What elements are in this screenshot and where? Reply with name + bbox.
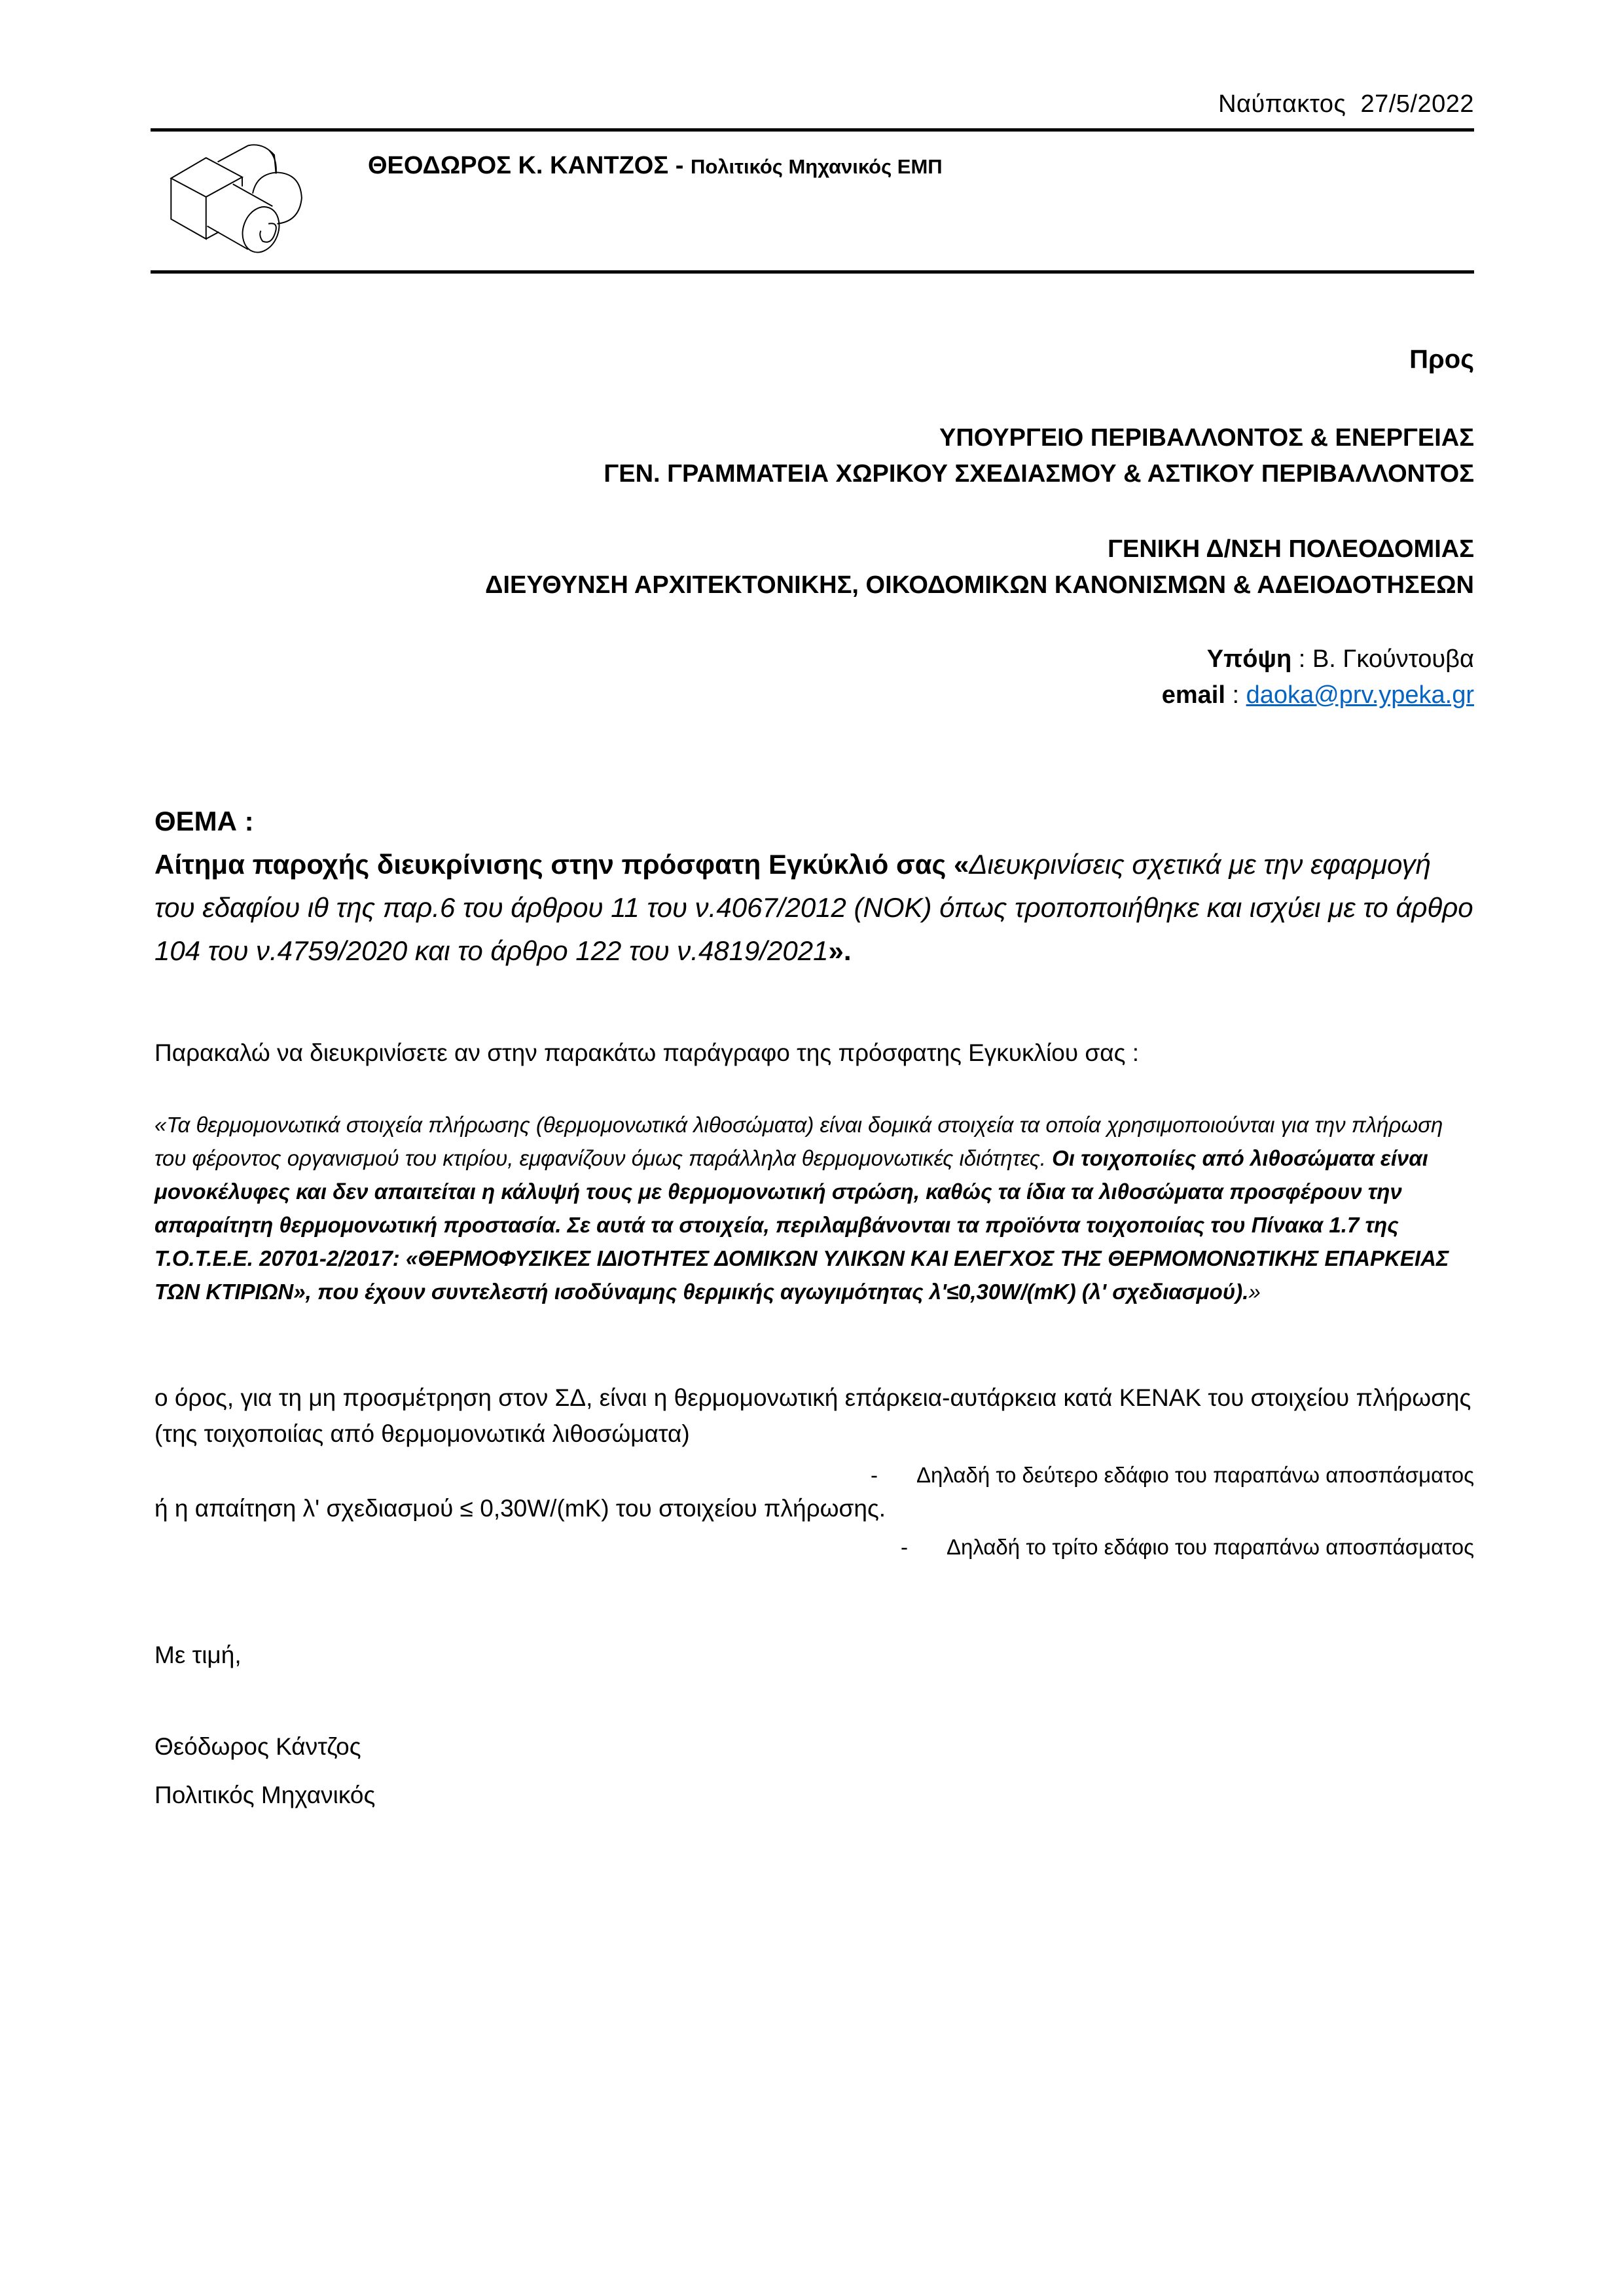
condition-paragraph-2: ή η απαίτηση λ' σχεδιασμού ≤ 0,30W/(mK) … <box>154 1495 886 1522</box>
subject-text: Αίτημα παροχής διευκρίνισης στην πρόσφατ… <box>154 843 1474 973</box>
header-rule-bottom <box>151 270 1474 274</box>
subject-label: ΘΕΜΑ : <box>154 800 1474 843</box>
attention-block: Υπόψη : Β. Γκούντουβα email : daoka@prv.… <box>1162 641 1474 713</box>
attention-label: Υπόψη <box>1207 645 1292 673</box>
salutation: Με τιμή, <box>154 1641 242 1669</box>
directorate-line: ΓΕΝΙΚΗ Δ/ΝΣΗ ΠΟΛΕΟΔΟΜΙΑΣ <box>485 531 1474 567</box>
letterhead: ΘΕΟΔΩΡΟΣ Κ. ΚΑΝΤΖΟΣ - Πολιτικός Μηχανικό… <box>368 152 943 180</box>
directorate-line: ΔΙΕΥΘΥΝΣΗ ΑΡΧΙΤΕΚΤΟΝΙΚΗΣ, ΟΙΚΟΔΟΜΙΚΩΝ ΚΑ… <box>485 567 1474 603</box>
note-2-text: Δηλαδή το τρίτο εδάφιο του παραπάνω αποσ… <box>947 1535 1474 1559</box>
attention-name: Β. Γκούντουβα <box>1312 645 1474 673</box>
dash-bullet: - <box>901 1535 947 1560</box>
condition-paragraph-1: ο όρος, για τη μη προσμέτρηση στον ΣΔ, ε… <box>154 1380 1474 1452</box>
ministry-line: ΥΠΟΥΡΓΕΙΟ ΠΕΡΙΒΑΛΛΟΝΤΟΣ & ΕΝΕΡΓΕΙΑΣ <box>604 420 1474 456</box>
recipient-directorate: ΓΕΝΙΚΗ Δ/ΝΣΗ ΠΟΛΕΟΔΟΜΙΑΣ ΔΙΕΥΘΥΝΣΗ ΑΡΧΙΤ… <box>485 531 1474 603</box>
to-label: Προς <box>1409 342 1474 378</box>
subject-end: ». <box>829 935 852 966</box>
email-link[interactable]: daoka@prv.ypeka.gr <box>1246 681 1474 709</box>
email-label: email <box>1162 681 1225 709</box>
attention-line: Υπόψη : Β. Γκούντουβα <box>1162 641 1474 677</box>
separator: : <box>1291 645 1312 673</box>
header-rule-top <box>151 128 1474 132</box>
note-2: -Δηλαδή το τρίτο εδάφιο του παραπάνω απο… <box>901 1535 1474 1560</box>
recipient-ministry: ΥΠΟΥΡΓΕΙΟ ΠΕΡΙΒΑΛΛΟΝΤΟΣ & ΕΝΕΡΓΕΙΑΣ ΓΕΝ.… <box>604 420 1474 492</box>
circular-excerpt: «Τα θερμομονωτικά στοιχεία πλήρωσης (θερ… <box>154 1108 1470 1308</box>
ministry-line: ΓΕΝ. ΓΡΑΜΜΑΤΕΙΑ ΧΩΡΙΚΟΥ ΣΧΕΔΙΑΣΜΟΥ & ΑΣΤ… <box>604 456 1474 492</box>
separator: : <box>1225 681 1246 709</box>
place-date: Ναύπακτος 27/5/2022 <box>1218 90 1474 118</box>
sender-title: Πολιτικός Μηχανικός ΕΜΠ <box>691 155 943 178</box>
note-1-text: Δηλαδή το δεύτερο εδάφιο του παραπάνω απ… <box>916 1463 1474 1487</box>
excerpt-end: » <box>1248 1280 1260 1304</box>
note-1: -Δηλαδή το δεύτερο εδάφιο του παραπάνω α… <box>871 1463 1474 1488</box>
email-line: email : daoka@prv.ypeka.gr <box>1162 677 1474 713</box>
signatory-title: Πολιτικός Μηχανικός <box>154 1782 375 1809</box>
subject-block: ΘΕΜΑ : Αίτημα παροχής διευκρίνισης στην … <box>154 800 1474 973</box>
dash-bullet: - <box>871 1463 916 1488</box>
subject-title: Αίτημα παροχής διευκρίνισης στην πρόσφατ… <box>154 849 969 880</box>
cube-cylinders-logo-icon <box>157 137 327 266</box>
signatory-name: Θεόδωρος Κάντζος <box>154 1733 361 1761</box>
sender-name: ΘΕΟΔΩΡΟΣ Κ. ΚΑΝΤΖΟΣ - <box>368 152 691 179</box>
intro-paragraph: Παρακαλώ να διευκρινίσετε αν στην παρακά… <box>154 1039 1139 1067</box>
